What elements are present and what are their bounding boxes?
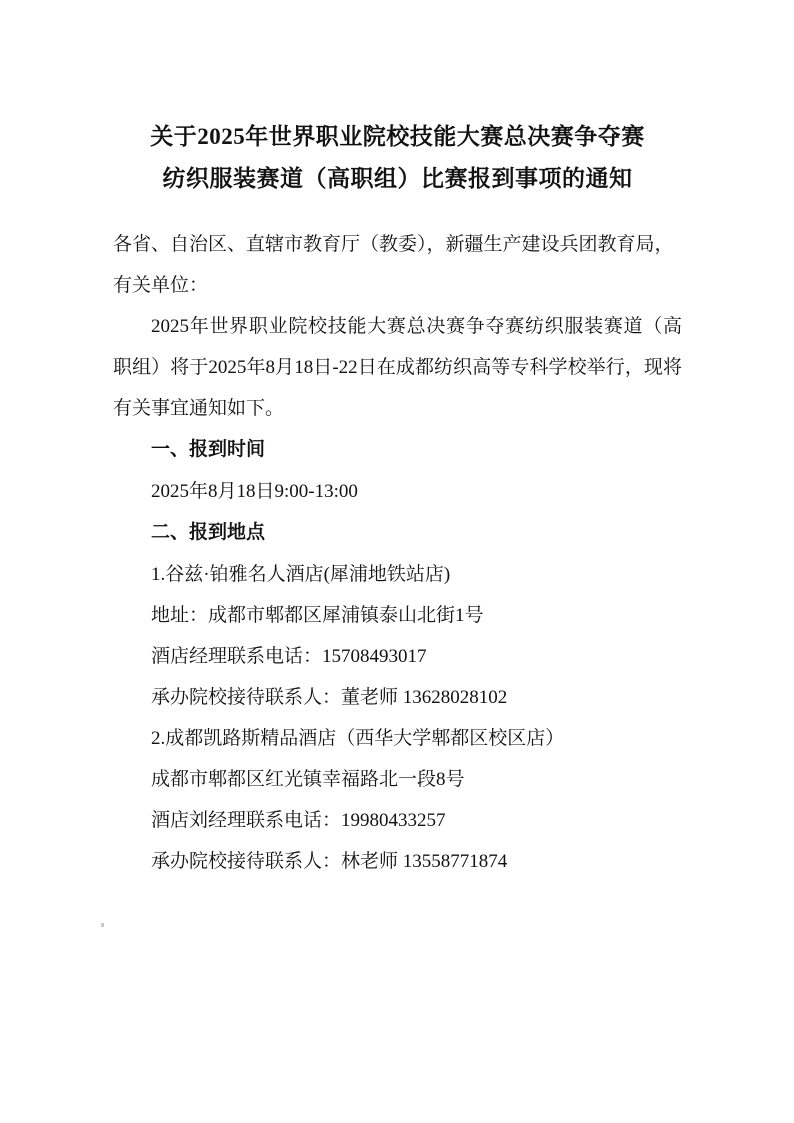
hotel-1-name: 1.谷兹·铂雅名人酒店(犀浦地铁站店): [113, 554, 682, 595]
scan-artifact-dot: [101, 923, 104, 927]
title-line-2: 纺织服装赛道（高职组）比赛报到事项的通知: [113, 158, 682, 200]
hotel-2-address: 成都市郫都区红光镇幸福路北一段8号: [113, 759, 682, 800]
intro-paragraph: 2025年世界职业院校技能大赛总决赛争夺赛纺织服装赛道（高职组）将于2025年8…: [113, 306, 682, 429]
hotel-1-school-contact: 承办院校接待联系人：董老师 13628028102: [113, 677, 682, 718]
salutation-line-2: 有关单位：: [113, 265, 682, 306]
document-title: 关于2025年世界职业院校技能大赛总决赛争夺赛 纺织服装赛道（高职组）比赛报到事…: [113, 116, 682, 200]
title-line-1: 关于2025年世界职业院校技能大赛总决赛争夺赛: [113, 116, 682, 158]
hotel-2-manager-phone: 酒店刘经理联系电话：19980433257: [113, 800, 682, 841]
hotel-2-block: 2.成都凯路斯精品酒店（西华大学郫都区校区店） 成都市郫都区红光镇幸福路北一段8…: [113, 718, 682, 882]
hotel-1-address: 地址：成都市郫都区犀浦镇泰山北街1号: [113, 595, 682, 636]
section-1-heading: 一、报到时间: [113, 429, 682, 471]
document-page: 关于2025年世界职业院校技能大赛总决赛争夺赛 纺织服装赛道（高职组）比赛报到事…: [0, 0, 794, 1123]
hotel-1-manager-phone: 酒店经理联系电话：15708493017: [113, 636, 682, 677]
section-2-heading: 二、报到地点: [113, 512, 682, 554]
hotel-2-name: 2.成都凯路斯精品酒店（西华大学郫都区校区店）: [113, 718, 682, 759]
hotel-2-school-contact: 承办院校接待联系人：林老师 13558771874: [113, 841, 682, 882]
registration-time: 2025年8月18日9:00-13:00: [113, 471, 682, 512]
document-content: 关于2025年世界职业院校技能大赛总决赛争夺赛 纺织服装赛道（高职组）比赛报到事…: [0, 0, 794, 882]
salutation-line-1: 各省、自治区、直辖市教育厅（教委），新疆生产建设兵团教育局，: [113, 224, 682, 265]
hotel-1-block: 1.谷兹·铂雅名人酒店(犀浦地铁站店) 地址：成都市郫都区犀浦镇泰山北街1号 酒…: [113, 554, 682, 718]
